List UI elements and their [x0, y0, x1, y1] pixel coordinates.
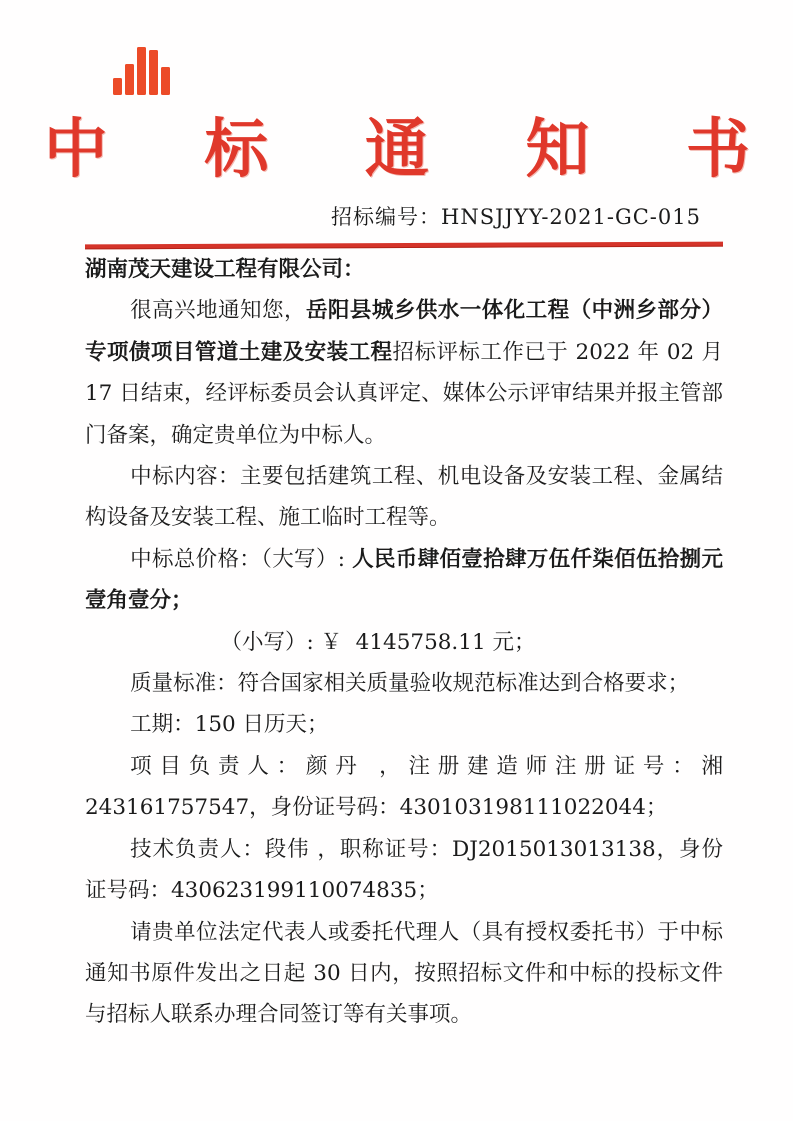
- duration-line: 工期：150 日历天；: [85, 704, 723, 745]
- document-body: 湖南茂天建设工程有限公司： 很高兴地通知您，岳阳县城乡供水一体化工程（中洲乡部分…: [85, 249, 723, 1036]
- notice-intro: 很高兴地通知您，: [130, 298, 306, 323]
- quality-line: 质量标准：符合国家相关质量验收规范标准达到合格要求；: [85, 663, 723, 704]
- price-numeric-line: （小写）: ￥ 4145758.11 元；: [85, 622, 723, 663]
- tender-number-label: 招标编号：: [331, 205, 441, 229]
- closing-paragraph: 请贵单位法定代表人或委托代理人（具有授权委托书）于中标通知书原件发出之日起 30…: [85, 912, 723, 1036]
- award-notice-document: 中 标 通 知 书 招标编号：HNSJJYY-2021-GC-015 湖南茂天建…: [0, 0, 793, 1121]
- logo-bar: [137, 47, 146, 95]
- content-scope-paragraph: 中标内容：主要包括建筑工程、机电设备及安装工程、金属结构设备及安装工程、施工临时…: [85, 456, 723, 539]
- tender-number-row: 招标编号：HNSJJYY-2021-GC-015: [331, 201, 701, 231]
- logo-bar: [161, 67, 170, 95]
- price-paragraph: 中标总价格：（大写）: 人民币肆佰壹拾肆万伍仟柒佰伍拾捌元壹角壹分；: [85, 539, 723, 622]
- company-logo-icon: [113, 47, 170, 95]
- technical-lead-paragraph: 技术负责人：段伟 ，职称证号：DJ2015013013138，身份证号码：430…: [85, 829, 723, 912]
- notice-paragraph: 很高兴地通知您，岳阳县城乡供水一体化工程（中洲乡部分）专项债项目管道土建及安装工…: [85, 290, 723, 456]
- price-label: 中标总价格：（大写）:: [130, 547, 352, 572]
- logo-bar: [113, 78, 122, 95]
- logo-bar: [125, 64, 134, 95]
- logo-bar: [149, 50, 158, 95]
- project-manager-paragraph: 项目负责人：颜丹 ，注册建造师注册证号：湘 243161757547，身份证号码…: [85, 746, 723, 829]
- addressee-line: 湖南茂天建设工程有限公司：: [85, 249, 723, 290]
- tender-number-value: HNSJJYY-2021-GC-015: [441, 205, 701, 229]
- document-title: 中 标 通 知 书: [19, 98, 793, 190]
